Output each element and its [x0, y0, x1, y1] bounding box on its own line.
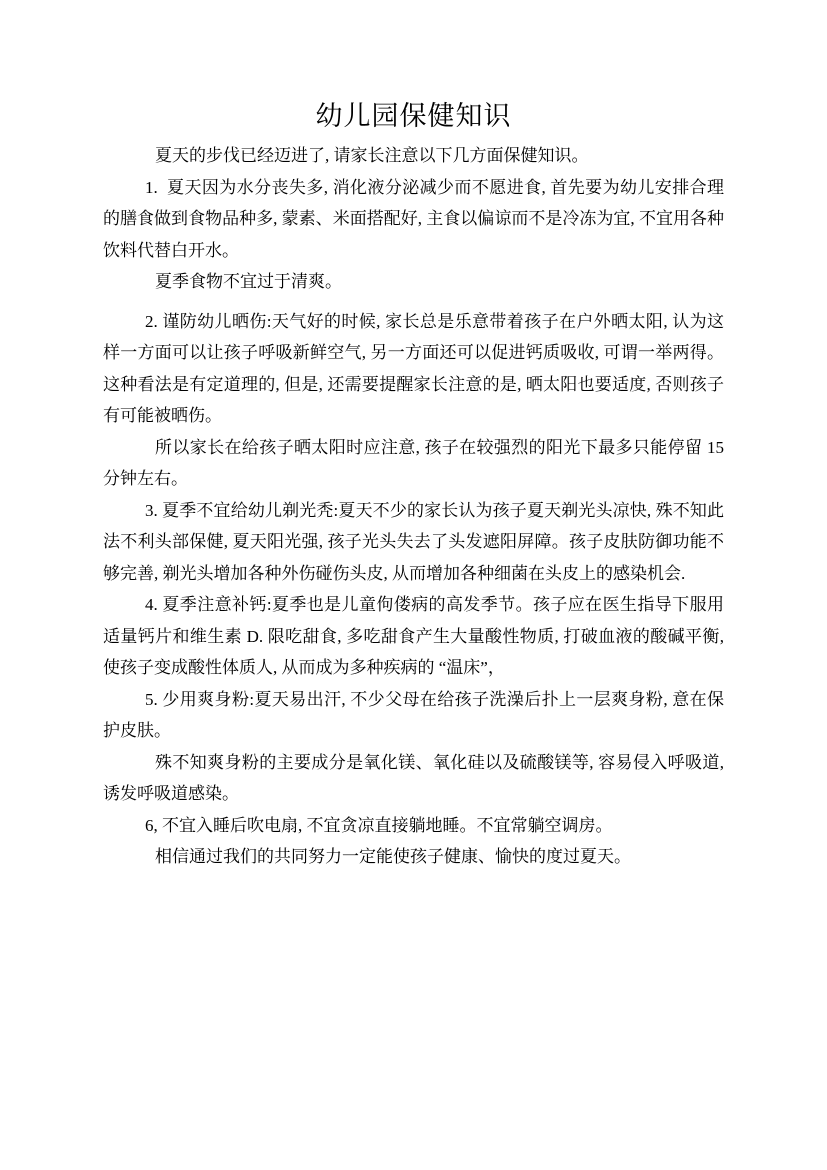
paragraph: 殊不知爽身粉的主要成分是氧化镁、氧化硅以及硫酸镁等, 容易侵入呼吸道, 诱发呼吸… — [103, 747, 724, 810]
paragraph: 1. 夏天因为水分丧失多, 消化液分泌减少而不愿进食, 首先要为幼儿安排合理的膳… — [103, 172, 724, 267]
paragraph: 4. 夏季注意补钙:夏季也是儿童佝偻病的高发季节。孩子应在医生指导下服用适量钙片… — [103, 589, 724, 684]
document-title: 幼儿园保健知识 — [0, 0, 827, 133]
paragraph: 6, 不宜入睡后吹电扇, 不宜贪凉直接躺地睡。不宜常躺空调房。 — [103, 810, 724, 842]
paragraph: 2. 谨防幼儿晒伤:天气好的时候, 家长总是乐意带着孩子在户外晒太阳, 认为这样… — [103, 306, 724, 432]
document-body: 夏天的步伐已经迈进了, 请家长注意以下几方面保健知识。1. 夏天因为水分丧失多,… — [103, 140, 724, 873]
paragraph: 夏天的步伐已经迈进了, 请家长注意以下几方面保健知识。 — [103, 140, 724, 172]
paragraph: 3. 夏季不宜给幼儿剃光秃:夏天不少的家长认为孩子夏天剃光头凉快, 殊不知此法不… — [103, 495, 724, 590]
paragraph: 夏季食物不宜过于清爽。 — [103, 266, 724, 298]
document-page: 幼儿园保健知识 夏天的步伐已经迈进了, 请家长注意以下几方面保健知识。1. 夏天… — [0, 0, 827, 1170]
paragraph: 所以家长在给孩子晒太阳时应注意, 孩子在较强烈的阳光下最多只能停留 15 分钟左… — [103, 432, 724, 495]
paragraph: 5. 少用爽身粉:夏天易出汗, 不少父母在给孩子洗澡后扑上一层爽身粉, 意在保护… — [103, 684, 724, 747]
paragraph: 相信通过我们的共同努力一定能使孩子健康、愉快的度过夏天。 — [103, 841, 724, 873]
